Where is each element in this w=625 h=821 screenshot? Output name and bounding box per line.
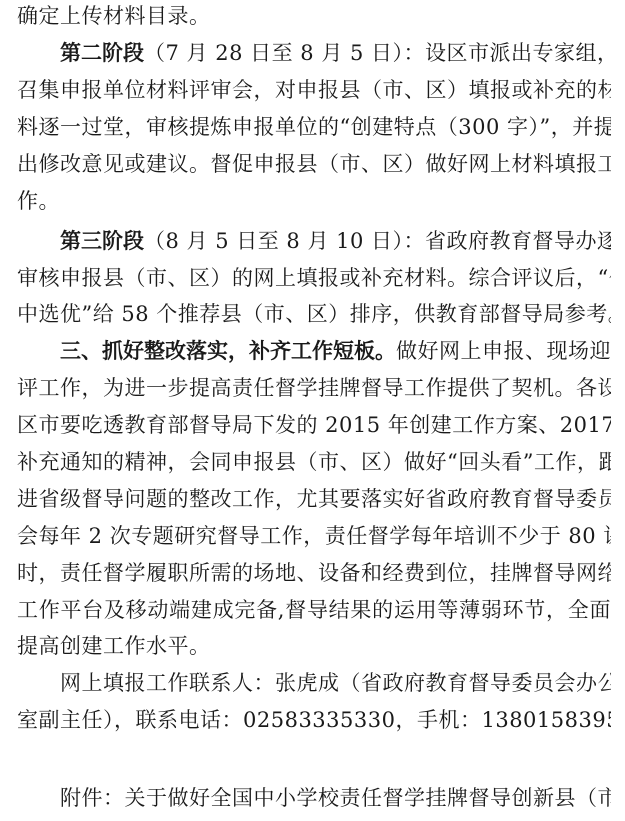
line-text: 评工作，为进一步提高责任督学挂牌督导工作提供了契机。各设	[17, 376, 611, 400]
line-text: 区市要吃透教育部督导局下发的 2015 年创建工作方案、2017 年	[17, 413, 611, 437]
text-line: 工作平台及移动端建成完备,督导结果的运用等薄弱环节，全面	[17, 597, 611, 623]
line-text: 进省级督导问题的整改工作，尤其要落实好省政府教育督导委员	[17, 487, 611, 511]
line-text: 补充通知的精神，会同申报县（市、区）做好“回头看”工作，跟	[17, 450, 611, 474]
line-text: 时，责任督学履职所需的场地、设备和经费到位，挂牌督导网络	[17, 561, 611, 585]
text-line: 作。	[17, 188, 611, 214]
line-text: 审核申报县（市、区）的网上填报或补充材料。综合评议后，“优	[17, 266, 611, 290]
contact-line: 网上填报工作联系人：张虎成（省政府教育督导委员会办公	[60, 670, 611, 696]
stage-three-label: 第三阶段	[60, 229, 144, 253]
text-line: 评工作，为进一步提高责任督学挂牌督导工作提供了契机。各设	[17, 375, 611, 401]
line-text: 召集申报单位材料评审会，对申报县（市、区）填报或补充的材	[17, 78, 611, 102]
line-text: （7 月 28 日至 8 月 5 日）：设区市派出专家组，或	[144, 41, 611, 65]
text-line: 中选优”给 58 个推荐县（市、区）排序，供教育部督导局参考。	[17, 301, 611, 327]
line-text: 确定上传材料目录。	[17, 4, 211, 28]
contact-text: 网上填报工作联系人：张虎成（省政府教育督导委员会办公	[60, 671, 611, 695]
line-text: 料逐一过堂，审核提炼申报单位的“创建特点（300 字）”，并提	[17, 115, 611, 139]
text-line: 补充通知的精神，会同申报县（市、区）做好“回头看”工作，跟	[17, 449, 611, 475]
section-three-heading: 三、抓好整改落实，补齐工作短板。	[60, 339, 396, 363]
stage-two-label: 第二阶段	[60, 41, 144, 65]
contact-phone-line: 室副主任），联系电话：02583335330，手机：13801583959。	[17, 707, 611, 733]
line-text: 提高创建工作水平。	[17, 634, 211, 658]
line-text: 会每年 2 次专题研究督导工作，责任督学每年培训不少于 80 课	[17, 524, 611, 548]
line-text: 中选优”给 58 个推荐县（市、区）排序，供教育部督导局参考。	[17, 302, 611, 326]
section-three-heading-line: 三、抓好整改落实，补齐工作短板。做好网上申报、现场迎	[60, 338, 611, 364]
line-text: 做好网上申报、现场迎	[396, 339, 611, 363]
text-line: 进省级督导问题的整改工作，尤其要落实好省政府教育督导委员	[17, 486, 611, 512]
text-line: 确定上传材料目录。	[17, 3, 611, 29]
line-text: 工作平台及移动端建成完备,督导结果的运用等薄弱环节，全面	[17, 598, 611, 622]
attachment-line: 附件：关于做好全国中小学校责任督学挂牌督导创新县（市、	[60, 785, 611, 811]
line-text: 出修改意见或建议。督促申报县（市、区）做好网上材料填报工	[17, 152, 611, 176]
line-text: （8 月 5 日至 8 月 10 日）：省政府教育督导办逐一	[144, 229, 611, 253]
line-text: 作。	[17, 189, 60, 213]
text-line: 料逐一过堂，审核提炼申报单位的“创建特点（300 字）”，并提	[17, 114, 611, 140]
text-line: 审核申报县（市、区）的网上填报或补充材料。综合评议后，“优	[17, 265, 611, 291]
text-line: 时，责任督学履职所需的场地、设备和经费到位，挂牌督导网络	[17, 560, 611, 586]
contact-phone-text: 室副主任），联系电话：02583335330，手机：13801583959。	[17, 708, 611, 732]
text-line: 会每年 2 次专题研究督导工作，责任督学每年培训不少于 80 课	[17, 523, 611, 549]
stage-two-heading-line: 第二阶段（7 月 28 日至 8 月 5 日）：设区市派出专家组，或	[60, 40, 611, 66]
attachment-text: 附件：关于做好全国中小学校责任督学挂牌督导创新县（市、	[60, 786, 611, 810]
stage-three-heading-line: 第三阶段（8 月 5 日至 8 月 10 日）：省政府教育督导办逐一	[60, 228, 611, 254]
text-line: 提高创建工作水平。	[17, 633, 611, 659]
text-line: 出修改意见或建议。督促申报县（市、区）做好网上材料填报工	[17, 151, 611, 177]
text-line: 区市要吃透教育部督导局下发的 2015 年创建工作方案、2017 年	[17, 412, 611, 438]
text-line: 召集申报单位材料评审会，对申报县（市、区）填报或补充的材	[17, 77, 611, 103]
